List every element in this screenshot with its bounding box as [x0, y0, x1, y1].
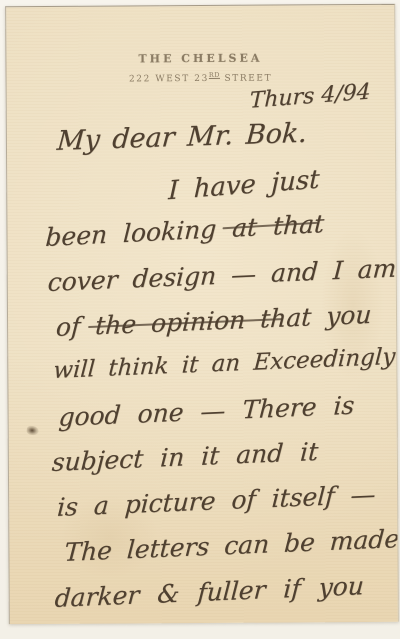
- handwritten-line: of the opinion that you: [55, 300, 372, 342]
- handwritten-line: will think it an Exceedingly: [53, 344, 397, 384]
- handwritten-line: subject in it and it: [51, 437, 319, 477]
- letterhead-address-number: 222 WEST 23: [129, 74, 209, 84]
- handwritten-line: I have just: [168, 165, 320, 207]
- handwritten-line: darker & fuller if you: [54, 571, 365, 613]
- handwritten-line: good one — There is: [58, 391, 356, 432]
- handwritten-line: The letters can be made: [64, 524, 399, 567]
- handwritten-line: is a picture of itself —: [56, 480, 376, 522]
- letter-body: I have justbeen looking at thatcover des…: [6, 5, 394, 7]
- letterhead-hotel-name: THE CHELSEA: [6, 51, 394, 66]
- letterhead-address-street: STREET: [220, 74, 272, 84]
- scan-background: THE CHELSEA 222 WEST 23RD STREET Thurs 4…: [0, 0, 400, 639]
- letter-paper: THE CHELSEA 222 WEST 23RD STREET Thurs 4…: [5, 4, 399, 624]
- letter-salutation: My dear Mr. Bok.: [56, 118, 308, 157]
- handwritten-line: been looking at that: [45, 209, 325, 252]
- letterhead-address-ordinal: RD: [209, 71, 220, 79]
- handwritten-line: cover design — and I am: [47, 254, 397, 297]
- letter-date: Thurs 4/94: [249, 79, 371, 113]
- letterhead: THE CHELSEA 222 WEST 23RD STREET: [6, 51, 394, 85]
- ink-smudge: [26, 425, 39, 436]
